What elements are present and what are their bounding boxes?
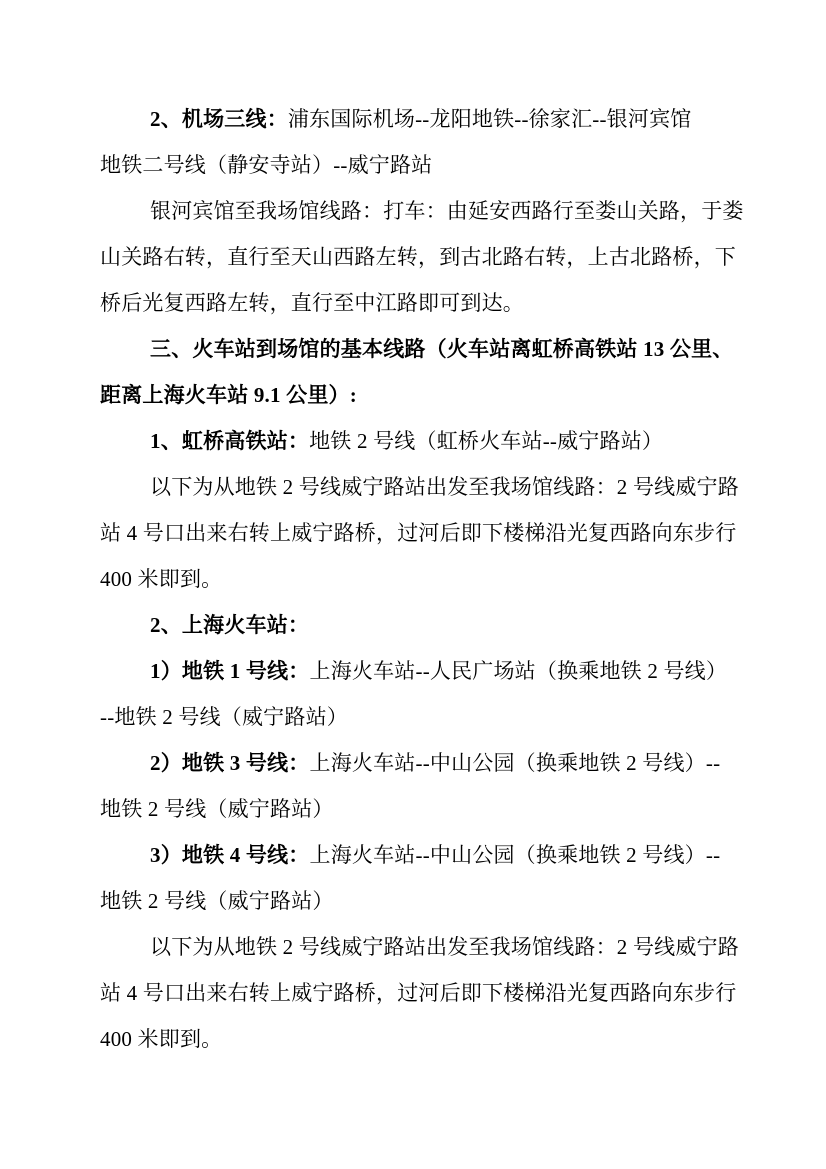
text-segment: 山关路右转，直行至天山西路左转，到古北路右转，上古北路桥，下: [100, 245, 736, 269]
text-segment: 上海火车站--中山公园（换乘地铁 2 号线）--: [310, 843, 721, 867]
text-segment-bold: 1）地铁 1 号线：: [150, 659, 310, 683]
text-segment: 地铁 2 号线（威宁路站）: [100, 797, 334, 821]
text-line: 400 米即到。: [100, 556, 726, 602]
text-segment: 地铁二号线（静安寺站）--威宁路站: [100, 153, 432, 177]
text-line: 以下为从地铁 2 号线威宁路站出发至我场馆线路：2 号线威宁路: [100, 924, 726, 970]
text-segment: 站 4 号口出来右转上威宁路桥，过河后即下楼梯沿光复西路向东步行: [100, 521, 736, 545]
text-line: 桥后光复西路左转，直行至中江路即可到达。: [100, 280, 726, 326]
text-segment: 站 4 号口出来右转上威宁路桥，过河后即下楼梯沿光复西路向东步行: [100, 981, 736, 1005]
text-segment-bold: 2、上海火车站：: [150, 613, 309, 637]
text-line: 银河宾馆至我场馆线路：打车：由延安西路行至娄山关路，于娄: [100, 188, 726, 234]
text-line: 以下为从地铁 2 号线威宁路站出发至我场馆线路：2 号线威宁路: [100, 464, 726, 510]
text-segment: 400 米即到。: [100, 567, 222, 591]
text-line: 站 4 号口出来右转上威宁路桥，过河后即下楼梯沿光复西路向东步行: [100, 970, 726, 1016]
text-segment-bold: 距离上海火车站 9.1 公里）:: [100, 383, 357, 407]
text-segment: 桥后光复西路左转，直行至中江路即可到达。: [100, 291, 524, 315]
text-segment: 地铁 2 号线（虹桥火车站--威宁路站）: [309, 429, 663, 453]
text-segment-bold: 1、虹桥高铁站：: [150, 429, 309, 453]
text-segment: 浦东国际机场--龙阳地铁--徐家汇--银河宾馆: [288, 107, 692, 131]
text-segment-bold: 三、火车站到场馆的基本线路（火车站离虹桥高铁站 13 公里、: [150, 337, 734, 361]
text-line: 地铁二号线（静安寺站）--威宁路站: [100, 142, 726, 188]
text-segment: 上海火车站--中山公园（换乘地铁 2 号线）--: [310, 751, 721, 775]
text-segment: 银河宾馆至我场馆线路：打车：由延安西路行至娄山关路，于娄: [150, 199, 744, 223]
text-segment-bold: 2、机场三线：: [150, 107, 288, 131]
document-body: 2、机场三线：浦东国际机场--龙阳地铁--徐家汇--银河宾馆地铁二号线（静安寺站…: [100, 96, 726, 1062]
text-segment: 400 米即到。: [100, 1027, 222, 1051]
text-line: 2、机场三线：浦东国际机场--龙阳地铁--徐家汇--银河宾馆: [100, 96, 726, 142]
text-line: 1）地铁 1 号线：上海火车站--人民广场站（换乘地铁 2 号线）: [100, 648, 726, 694]
text-line: 400 米即到。: [100, 1016, 726, 1062]
text-line: 3）地铁 4 号线：上海火车站--中山公园（换乘地铁 2 号线）--: [100, 832, 726, 878]
text-segment: --地铁 2 号线（威宁路站）: [100, 705, 348, 729]
text-line: --地铁 2 号线（威宁路站）: [100, 694, 726, 740]
text-segment-bold: 3）地铁 4 号线：: [150, 843, 310, 867]
text-line: 站 4 号口出来右转上威宁路桥，过河后即下楼梯沿光复西路向东步行: [100, 510, 726, 556]
text-line: 1、虹桥高铁站：地铁 2 号线（虹桥火车站--威宁路站）: [100, 418, 726, 464]
text-line: 地铁 2 号线（威宁路站）: [100, 786, 726, 832]
text-line: 山关路右转，直行至天山西路左转，到古北路右转，上古北路桥，下: [100, 234, 726, 280]
text-segment: 以下为从地铁 2 号线威宁路站出发至我场馆线路：2 号线威宁路: [150, 475, 739, 499]
text-segment: 地铁 2 号线（威宁路站）: [100, 889, 334, 913]
document-page: 2、机场三线：浦东国际机场--龙阳地铁--徐家汇--银河宾馆地铁二号线（静安寺站…: [0, 0, 826, 1169]
text-line: 2）地铁 3 号线：上海火车站--中山公园（换乘地铁 2 号线）--: [100, 740, 726, 786]
text-line: 距离上海火车站 9.1 公里）:: [100, 372, 726, 418]
text-line: 地铁 2 号线（威宁路站）: [100, 878, 726, 924]
text-segment: 上海火车站--人民广场站（换乘地铁 2 号线）: [310, 659, 728, 683]
text-line: 2、上海火车站：: [100, 602, 726, 648]
text-segment-bold: 2）地铁 3 号线：: [150, 751, 310, 775]
text-line: 三、火车站到场馆的基本线路（火车站离虹桥高铁站 13 公里、: [100, 326, 726, 372]
text-segment: 以下为从地铁 2 号线威宁路站出发至我场馆线路：2 号线威宁路: [150, 935, 739, 959]
